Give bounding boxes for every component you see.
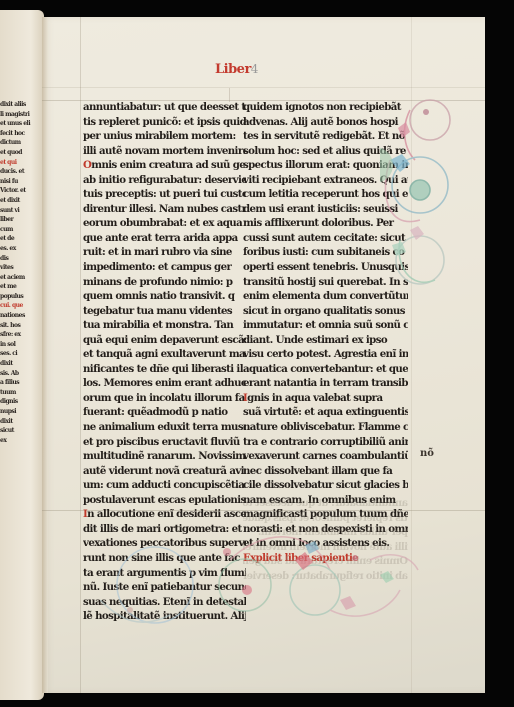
text-line: tes in servitutẽ redigebãt. Et nõ xyxy=(243,129,408,144)
left-page-line: sis. Ab xyxy=(0,369,34,379)
text-column-right: quidem ignotos non recipiebãtadvenas. Al… xyxy=(243,100,408,566)
text-line: solum hoc: sed et alius quidã re xyxy=(243,144,408,159)
text-line: vexaverunt carnes coambulantiũ: xyxy=(243,449,408,464)
text-line: vexationes peccatoribus supervenerunt xyxy=(83,536,246,551)
text-line: dem usi erant iusticiis: seuissi xyxy=(243,202,408,217)
left-page-line: vites xyxy=(0,263,34,273)
left-page-line: dixit aliis xyxy=(0,100,34,110)
text-line: quidem ignotos non recipiebãt xyxy=(243,100,408,115)
left-page-line: tuum xyxy=(0,388,34,398)
text-line: aquatica convertebantur: et quecũq xyxy=(243,362,408,377)
text-line: quem omnis natio transivit. q xyxy=(83,289,246,304)
left-page-line: et qui xyxy=(0,158,34,168)
text-line: fuerant: quẽadmodũ p natio xyxy=(83,405,246,420)
text-line: immutatur: et omnia suũ sonũ custo xyxy=(243,318,408,333)
left-page-line: dixit xyxy=(0,359,34,369)
page-gutter-shadow xyxy=(42,17,48,693)
text-line: nec dissolvebant illam que fa xyxy=(243,464,408,479)
marginal-note: nõ xyxy=(420,448,434,459)
left-page-line: et me xyxy=(0,282,34,292)
text-line: visu certo potest. Agrestia enĩ in xyxy=(243,347,408,362)
text-line: minans de profundo nimio: p xyxy=(83,275,246,290)
left-page-line: sunt vi xyxy=(0,206,34,216)
text-line: los. Memores enim erant adhuc e xyxy=(83,376,246,391)
text-line: Ignis in aqua valebat supra xyxy=(243,391,408,406)
text-line: runt non sine illis que ante fac xyxy=(83,551,246,566)
text-line: In allocutione enĩ desiderii ascen xyxy=(83,507,246,522)
left-page-line: dictum xyxy=(0,138,34,148)
left-page-line: et quod xyxy=(0,148,34,158)
text-line: cile dissolvebatur sicut glacies bo xyxy=(243,478,408,493)
text-line: orum que in incolatu illorum facta xyxy=(83,391,246,406)
facing-left-page: dixit aliisli magistriet unus elifecit h… xyxy=(0,10,44,700)
left-page-line: et dixit xyxy=(0,196,34,206)
left-page-text-fragment: dixit aliisli magistriet unus elifecit h… xyxy=(0,100,34,445)
text-line: direntur illesi. Nam nubes castra xyxy=(83,202,246,217)
left-page-line: li magistri xyxy=(0,110,34,120)
text-line: suã virtutẽ: et aqua extinguentis xyxy=(243,405,408,420)
text-line: ne animalium eduxit terra muscas: xyxy=(83,420,246,435)
text-line: postulaverunt escas epulationis. xyxy=(83,493,246,508)
left-page-line: Victor. et xyxy=(0,186,34,196)
text-line: autẽ viderunt novã creaturã avi xyxy=(83,464,246,479)
rubricated-initial: I xyxy=(243,392,247,404)
text-line: tra e contrario corruptibiliũ animaliũ n… xyxy=(243,435,408,450)
text-line: cussi sunt autem cecitate: sicut illi in xyxy=(243,231,408,246)
running-head: Liber4 xyxy=(215,62,258,77)
text-line: viti recipiebant extraneos. Qui autẽ xyxy=(243,173,408,188)
left-page-line: et unus eli xyxy=(0,119,34,129)
left-page-line: cum xyxy=(0,225,34,235)
left-page-line: dignis xyxy=(0,397,34,407)
ruling-line-header xyxy=(42,87,485,88)
text-line: tua mirabilia et monstra. Tan xyxy=(83,318,246,333)
text-line: mis afflixerunt doloribus. Per xyxy=(243,216,408,231)
text-line: operti essent tenebris. Unusquisq xyxy=(243,260,408,275)
text-line: que ante erat terra arida appa xyxy=(83,231,246,246)
left-page-line: et de xyxy=(0,234,34,244)
text-line: advenas. Alij autẽ bonos hospi xyxy=(243,115,408,130)
left-page-line: fecit hoc xyxy=(0,129,34,139)
text-line: nũ. Iuste enĩ patiebantur secundũ xyxy=(83,580,246,595)
text-line: enim elementa dum convertũtur xyxy=(243,289,408,304)
text-line: per unius mirabilem mortem: xyxy=(83,129,246,144)
text-line: quã equi enim depaverunt escã: xyxy=(83,333,246,348)
left-page-line: et aciem xyxy=(0,273,34,283)
left-page-line: ses. ci xyxy=(0,349,34,359)
text-line: diant. Unde estimari ex ipso xyxy=(243,333,408,348)
left-page-line: nisi fu xyxy=(0,177,34,187)
rubricated-initial: O xyxy=(83,159,91,171)
text-line: illi autẽ novam mortem invenirent. xyxy=(83,144,246,159)
left-page-line: dis xyxy=(0,254,34,264)
text-line: tuis preceptis: ut pueri tui custo xyxy=(83,187,246,202)
text-line: ab initio refigurabatur: deserviens xyxy=(83,173,246,188)
text-line: ta erant argumentis p vim fluminũ xyxy=(83,566,246,581)
rubricated-initial: I xyxy=(83,508,87,520)
text-line: sicut in organo qualitatis sonus xyxy=(243,304,408,319)
text-line: et pro piscibus eructavit fluviũ xyxy=(83,435,246,450)
ruling-line-right xyxy=(411,17,412,693)
text-line: tis repleret punicõ: et ipsis quidẽ xyxy=(83,115,246,130)
text-line: erant natantia in terram transibãt. xyxy=(243,376,408,391)
text-line: annuntiabatur: ut que deesset tormẽ xyxy=(83,100,246,115)
text-line: foribus iusti: cum subitaneis co xyxy=(243,245,408,260)
running-head-text: Liber xyxy=(215,62,251,77)
left-page-line: sfre: ex xyxy=(0,330,34,340)
left-page-line: dixit xyxy=(0,417,34,427)
text-line: et tanquã agni exultaverunt mag xyxy=(83,347,246,362)
text-line: cum letitia receperunt hos qui eis xyxy=(243,187,408,202)
left-page-line: cui. que xyxy=(0,301,34,311)
left-page-line: nupsi xyxy=(0,407,34,417)
left-page-line: in sol xyxy=(0,340,34,350)
text-line: impedimento: et campus ger xyxy=(83,260,246,275)
left-page-line: es. ex xyxy=(0,244,34,254)
left-page-line: nationes xyxy=(0,311,34,321)
text-line: um: cum adducti concupiscẽtia xyxy=(83,478,246,493)
left-page-line: liber xyxy=(0,215,34,225)
left-page-line: ducis. et xyxy=(0,167,34,177)
left-page-line: a filius xyxy=(0,378,34,388)
show-through-text: annuntiabatur: ut que deesset tormẽtis r… xyxy=(243,497,408,584)
pencil-folio-number: 4 xyxy=(251,62,258,76)
text-line: multitudinẽ ranarum. Novissime xyxy=(83,449,246,464)
text-line: eorum obumbrabat: et ex aqua xyxy=(83,216,246,231)
left-page-line: populus xyxy=(0,292,34,302)
text-line: ruit: et in mari rubro via sine xyxy=(83,245,246,260)
text-line: Omnis enim creatura ad suũ genus xyxy=(83,158,246,173)
text-line: transitũ hostij sui querebat. In se xyxy=(243,275,408,290)
text-column-left: annuntiabatur: ut que deesset tormẽtis r… xyxy=(83,100,246,624)
ruling-line-left xyxy=(80,17,81,693)
text-line: nificantes te dñe qui liberasti il xyxy=(83,362,246,377)
text-line: nature obliviscebatur. Flamme cõ xyxy=(243,420,408,435)
text-line: suas nequitias. Etenĩ in detestabi xyxy=(83,595,246,610)
text-line: spectus illorum erat: quoniam in xyxy=(243,158,408,173)
left-page-line: sicut xyxy=(0,426,34,436)
text-line: lẽ hospitalitatẽ instituerunt. Alij xyxy=(83,609,246,624)
text-line: dit illis de mari ortigometra: et xyxy=(83,522,246,537)
text-line: tegebatur tua manu videntes xyxy=(83,304,246,319)
left-page-line: ex xyxy=(0,436,34,446)
left-page-line: sit. hos xyxy=(0,321,34,331)
